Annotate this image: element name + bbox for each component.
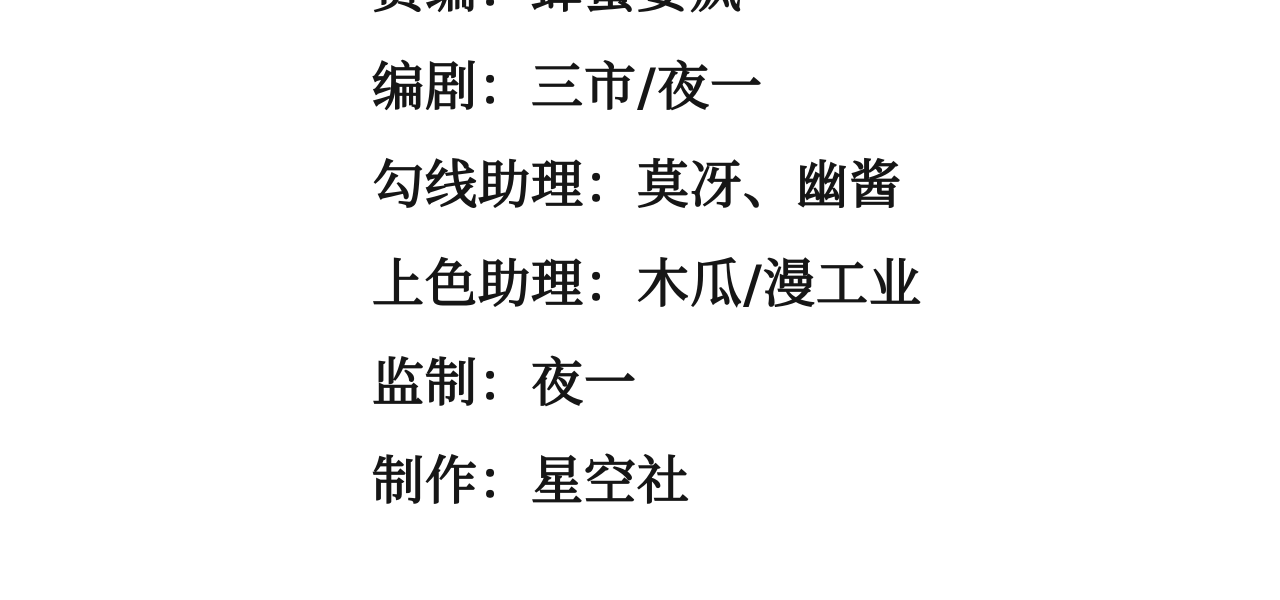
credits-page: 责编：蜂蜜要疯 编剧：三市/夜一 勾线助理：莫冴、幽酱 上色助理：木瓜/漫工业 … (0, 0, 1280, 600)
credit-line-scriptwriter: 编剧：三市/夜一 (372, 60, 763, 116)
credit-line-coloring-assistant: 上色助理：木瓜/漫工业 (372, 257, 922, 313)
credit-line-chief-editor: 责编：蜂蜜要疯 (372, 0, 743, 18)
credit-line-lineart-assistant: 勾线助理：莫冴、幽酱 (372, 158, 902, 214)
credit-line-supervisor: 监制：夜一 (372, 356, 637, 412)
credit-line-production-studio: 制作：星空社 (372, 454, 690, 510)
